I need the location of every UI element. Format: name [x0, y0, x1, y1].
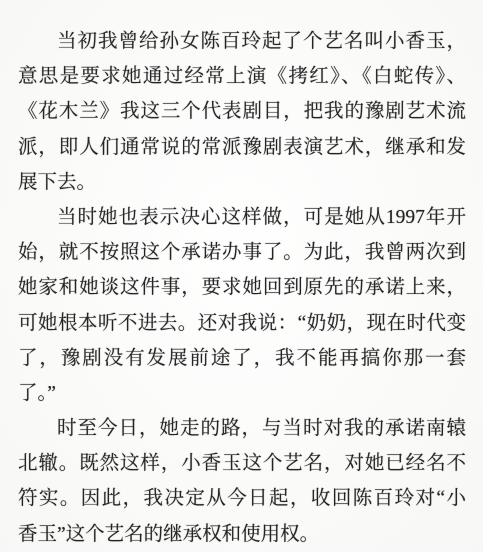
text-line: 派，即人们通常说的常派豫剧表演艺术，继承和发 — [18, 130, 466, 165]
text-line: 可她根本听不进去。还对我说：“奶奶，现在时代变 — [18, 306, 466, 341]
text-line: 始，就不按照这个承诺办事了。为此，我曾两次到 — [18, 235, 466, 270]
text-line: 了。” — [18, 376, 466, 411]
text-line: 展下去。 — [18, 165, 466, 200]
text-line: 她家和她谈这件事，要求她回到原先的承诺上来， — [18, 270, 466, 305]
document-page: 当初我曾给孙女陈百玲起了个艺名叫小香玉，意思是要求她通过经常上演《拷红》、《白蛇… — [0, 0, 483, 552]
text-line: 时至今日，她走的路，与当时对我的承诺南辕 — [18, 411, 466, 446]
text-line: 当初我曾给孙女陈百玲起了个艺名叫小香玉， — [18, 24, 466, 59]
text-line: 意思是要求她通过经常上演《拷红》、《白蛇传》、 — [18, 59, 466, 94]
text-line: 了，豫剧没有发展前途了，我不能再搞你那一套 — [18, 341, 466, 376]
text-line: 香玉”这个艺名的继承权和使用权。 — [18, 517, 466, 552]
text-line: 当时她也表示决心这样做，可是她从1997年开 — [18, 200, 466, 235]
statement-text-block: 当初我曾给孙女陈百玲起了个艺名叫小香玉，意思是要求她通过经常上演《拷红》、《白蛇… — [0, 0, 483, 552]
text-line: 符实。因此，我决定从今日起，收回陈百玲对“小 — [18, 481, 466, 516]
text-line: 北辙。既然这样，小香玉这个艺名，对她已经名不 — [18, 446, 466, 481]
text-line: 《花木兰》我这三个代表剧目，把我的豫剧艺术流 — [18, 94, 466, 129]
